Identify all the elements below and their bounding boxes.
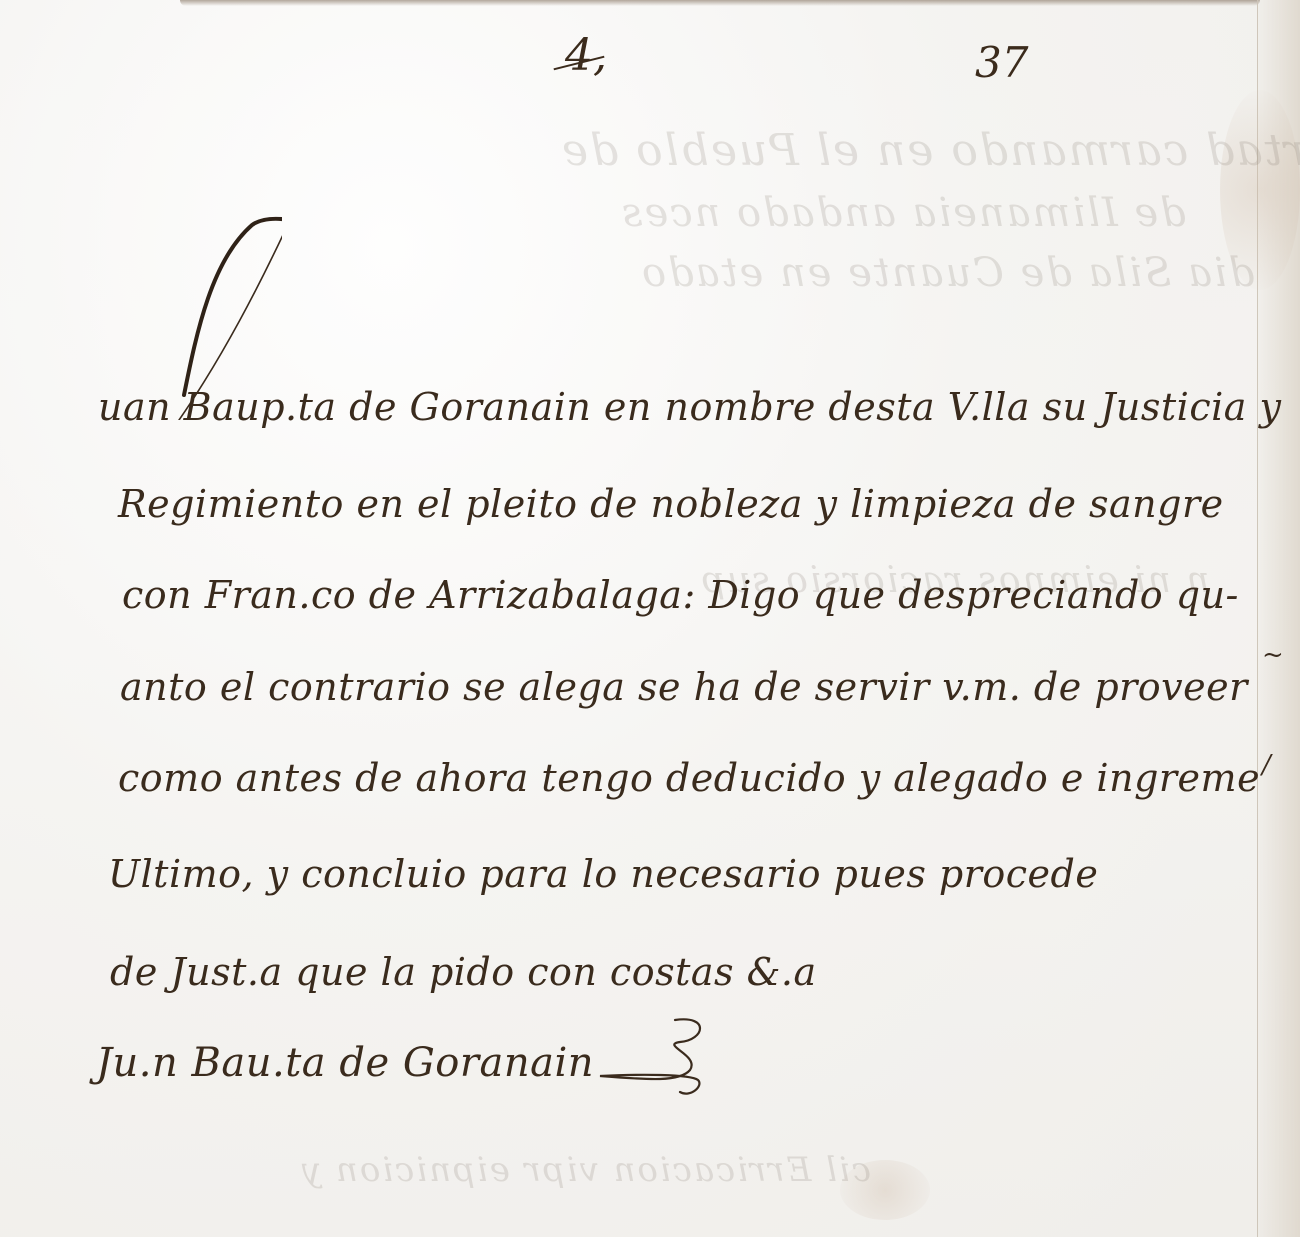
page-top-edge-shadow [180, 0, 1260, 6]
manuscript-line-6: Ultimo, y concluio para lo necesario pue… [108, 852, 1098, 896]
manuscript-line-7: de Just.a que la pido con costas &.a [110, 950, 817, 994]
bleed-through-line: dia Sila de Cuante en etado [640, 250, 1254, 296]
signature: Ju.n Bau.ta de Goranain [96, 1040, 594, 1086]
manuscript-line-5: como antes de ahora tengo deducido y ale… [118, 756, 1260, 800]
bleed-through-line: cil Erricacion vipr eipnicion y [300, 1150, 871, 1190]
manuscript-line-2: Regimiento en el pleito de nobleza y lim… [118, 482, 1224, 526]
bleed-through-line: uertad carmando en el Pueblo de [560, 125, 1300, 176]
margin-mark: ~ [1262, 640, 1284, 670]
manuscript-line-1: uan Baup.ta de Goranain en nombre desta … [98, 385, 1281, 429]
manuscript-line-4: anto el contrario se alega se ha de serv… [120, 665, 1248, 709]
manuscript-line-3: con Fran.co de Arrizabalaga: Digo que de… [122, 573, 1239, 617]
signature-rubric-icon [580, 1010, 720, 1100]
margin-mark: / [1262, 750, 1271, 780]
manuscript-page: uertad carmando en el Pueblo de de Ilima… [0, 0, 1300, 1237]
bleed-through-line: de Ilimaneia andado nces [620, 190, 1186, 236]
folio-number: 37 [975, 38, 1028, 87]
